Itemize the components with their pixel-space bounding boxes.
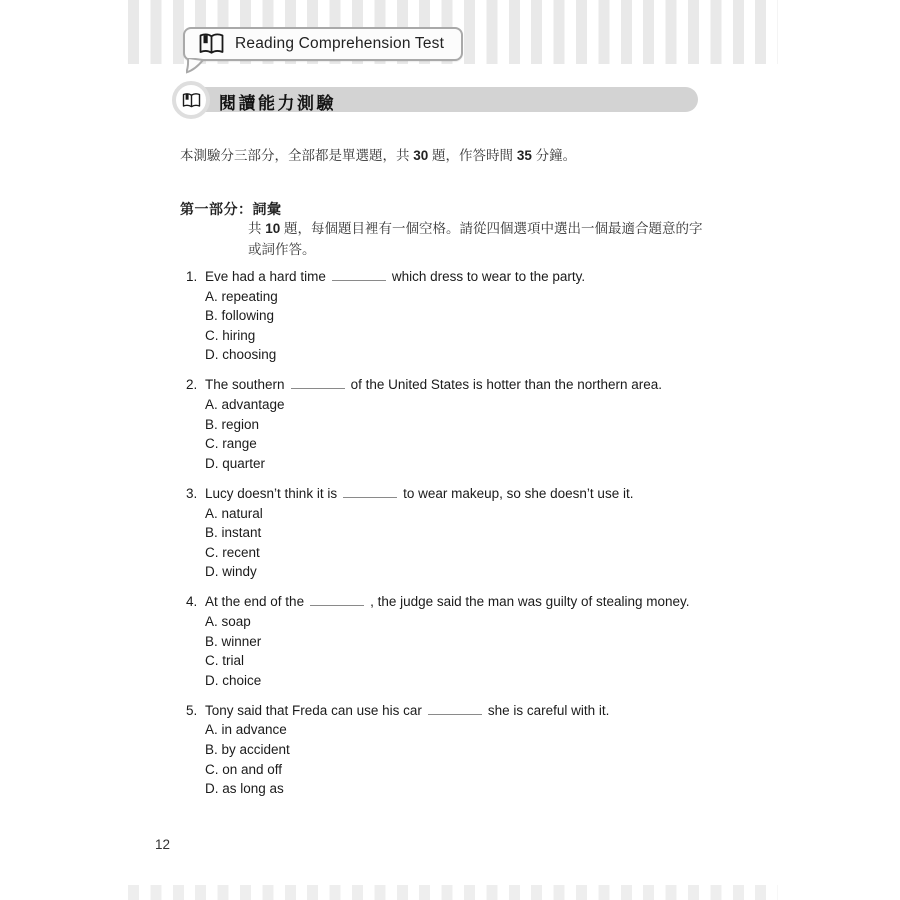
stem-pre: Tony said that Freda can use his car [205, 703, 422, 718]
option-b: B. following [205, 306, 786, 326]
option-a: A. in advance [205, 720, 786, 740]
question-number: 3. [186, 484, 205, 504]
option-c: C. trial [205, 651, 786, 671]
question-stem: The southernof the United States is hott… [205, 375, 662, 395]
bottom-stripe-band [128, 885, 778, 900]
test-intro: 本測驗分三部分，全部都是單選題，共 30 題，作答時間 35 分鐘。 [180, 146, 740, 166]
intro-time-limit: 35 [517, 148, 532, 163]
part1-desc-text: 共 [248, 221, 265, 236]
option-b: B. by accident [205, 740, 786, 760]
stem-pre: Eve had a hard time [205, 269, 326, 284]
question-stem: At the end of the, the judge said the ma… [205, 592, 690, 612]
question-5: 5. Tony said that Freda can use his cars… [186, 701, 786, 799]
question-3: 3. Lucy doesn’t think it isto wear makeu… [186, 484, 786, 582]
answer-blank [310, 592, 364, 606]
intro-question-count: 30 [413, 148, 428, 163]
answer-blank [291, 375, 345, 389]
question-number: 4. [186, 592, 205, 612]
intro-text: 題，作答時間 [428, 148, 517, 163]
page-number: 12 [155, 837, 170, 852]
question-number: 1. [186, 267, 205, 287]
stem-pre: The southern [205, 377, 285, 392]
open-book-icon [198, 33, 225, 55]
answer-blank [332, 267, 386, 281]
option-d: D. quarter [205, 454, 786, 474]
stem-post: , the judge said the man was guilty of s… [370, 594, 689, 609]
question-stem: Eve had a hard timewhich dress to wear t… [205, 267, 585, 287]
page-title: 閱讀能力測驗 [219, 89, 336, 114]
question-stem: Tony said that Freda can use his carshe … [205, 701, 609, 721]
stem-post: she is careful with it. [488, 703, 610, 718]
answer-blank [428, 701, 482, 715]
option-a: A. advantage [205, 395, 786, 415]
reading-test-tab: Reading Comprehension Test [183, 27, 463, 61]
part1-question-count: 10 [265, 221, 280, 236]
question-4: 4. At the end of the, the judge said the… [186, 592, 786, 690]
question-number: 2. [186, 375, 205, 395]
option-c: C. range [205, 434, 786, 454]
part1-description: 共 10 題，每個題目裡有一個空格。請從四個選項中選出一個最適合題意的字或詞作答… [248, 219, 710, 260]
option-b: B. winner [205, 632, 786, 652]
stem-post: of the United States is hotter than the … [351, 377, 662, 392]
option-d: D. as long as [205, 779, 786, 799]
option-d: D. choice [205, 671, 786, 691]
option-c: C. hiring [205, 326, 786, 346]
option-c: C. recent [205, 543, 786, 563]
intro-text: 分鐘。 [532, 148, 576, 163]
option-b: B. region [205, 415, 786, 435]
stem-post: to wear makeup, so she doesn’t use it. [403, 486, 633, 501]
intro-text: 本測驗分三部分，全部都是單選題，共 [180, 148, 413, 163]
question-list: 1. Eve had a hard timewhich dress to wea… [186, 267, 786, 809]
option-d: D. choosing [205, 345, 786, 365]
open-book-icon [182, 93, 201, 108]
section-header-icon-circle [172, 81, 210, 119]
question-number: 5. [186, 701, 205, 721]
tab-label: Reading Comprehension Test [235, 35, 444, 53]
stem-pre: At the end of the [205, 594, 304, 609]
part1-desc-text: 題，每個題目裡有一個空格。請從四個選項中選出一個最適合題意的字或詞作答。 [248, 221, 703, 257]
part1-heading: 第一部分：詞彙 [180, 199, 282, 219]
book-page: { "tab": { "label": "Reading Comprehensi… [0, 0, 900, 900]
tab-tail [186, 58, 208, 75]
option-a: A. repeating [205, 287, 786, 307]
option-a: A. soap [205, 612, 786, 632]
stem-pre: Lucy doesn’t think it is [205, 486, 337, 501]
stem-post: which dress to wear to the party. [392, 269, 585, 284]
option-c: C. on and off [205, 760, 786, 780]
answer-blank [343, 484, 397, 498]
question-1: 1. Eve had a hard timewhich dress to wea… [186, 267, 786, 365]
option-b: B. instant [205, 523, 786, 543]
option-a: A. natural [205, 504, 786, 524]
option-d: D. windy [205, 562, 786, 582]
question-2: 2. The southernof the United States is h… [186, 375, 786, 473]
question-stem: Lucy doesn’t think it isto wear makeup, … [205, 484, 633, 504]
